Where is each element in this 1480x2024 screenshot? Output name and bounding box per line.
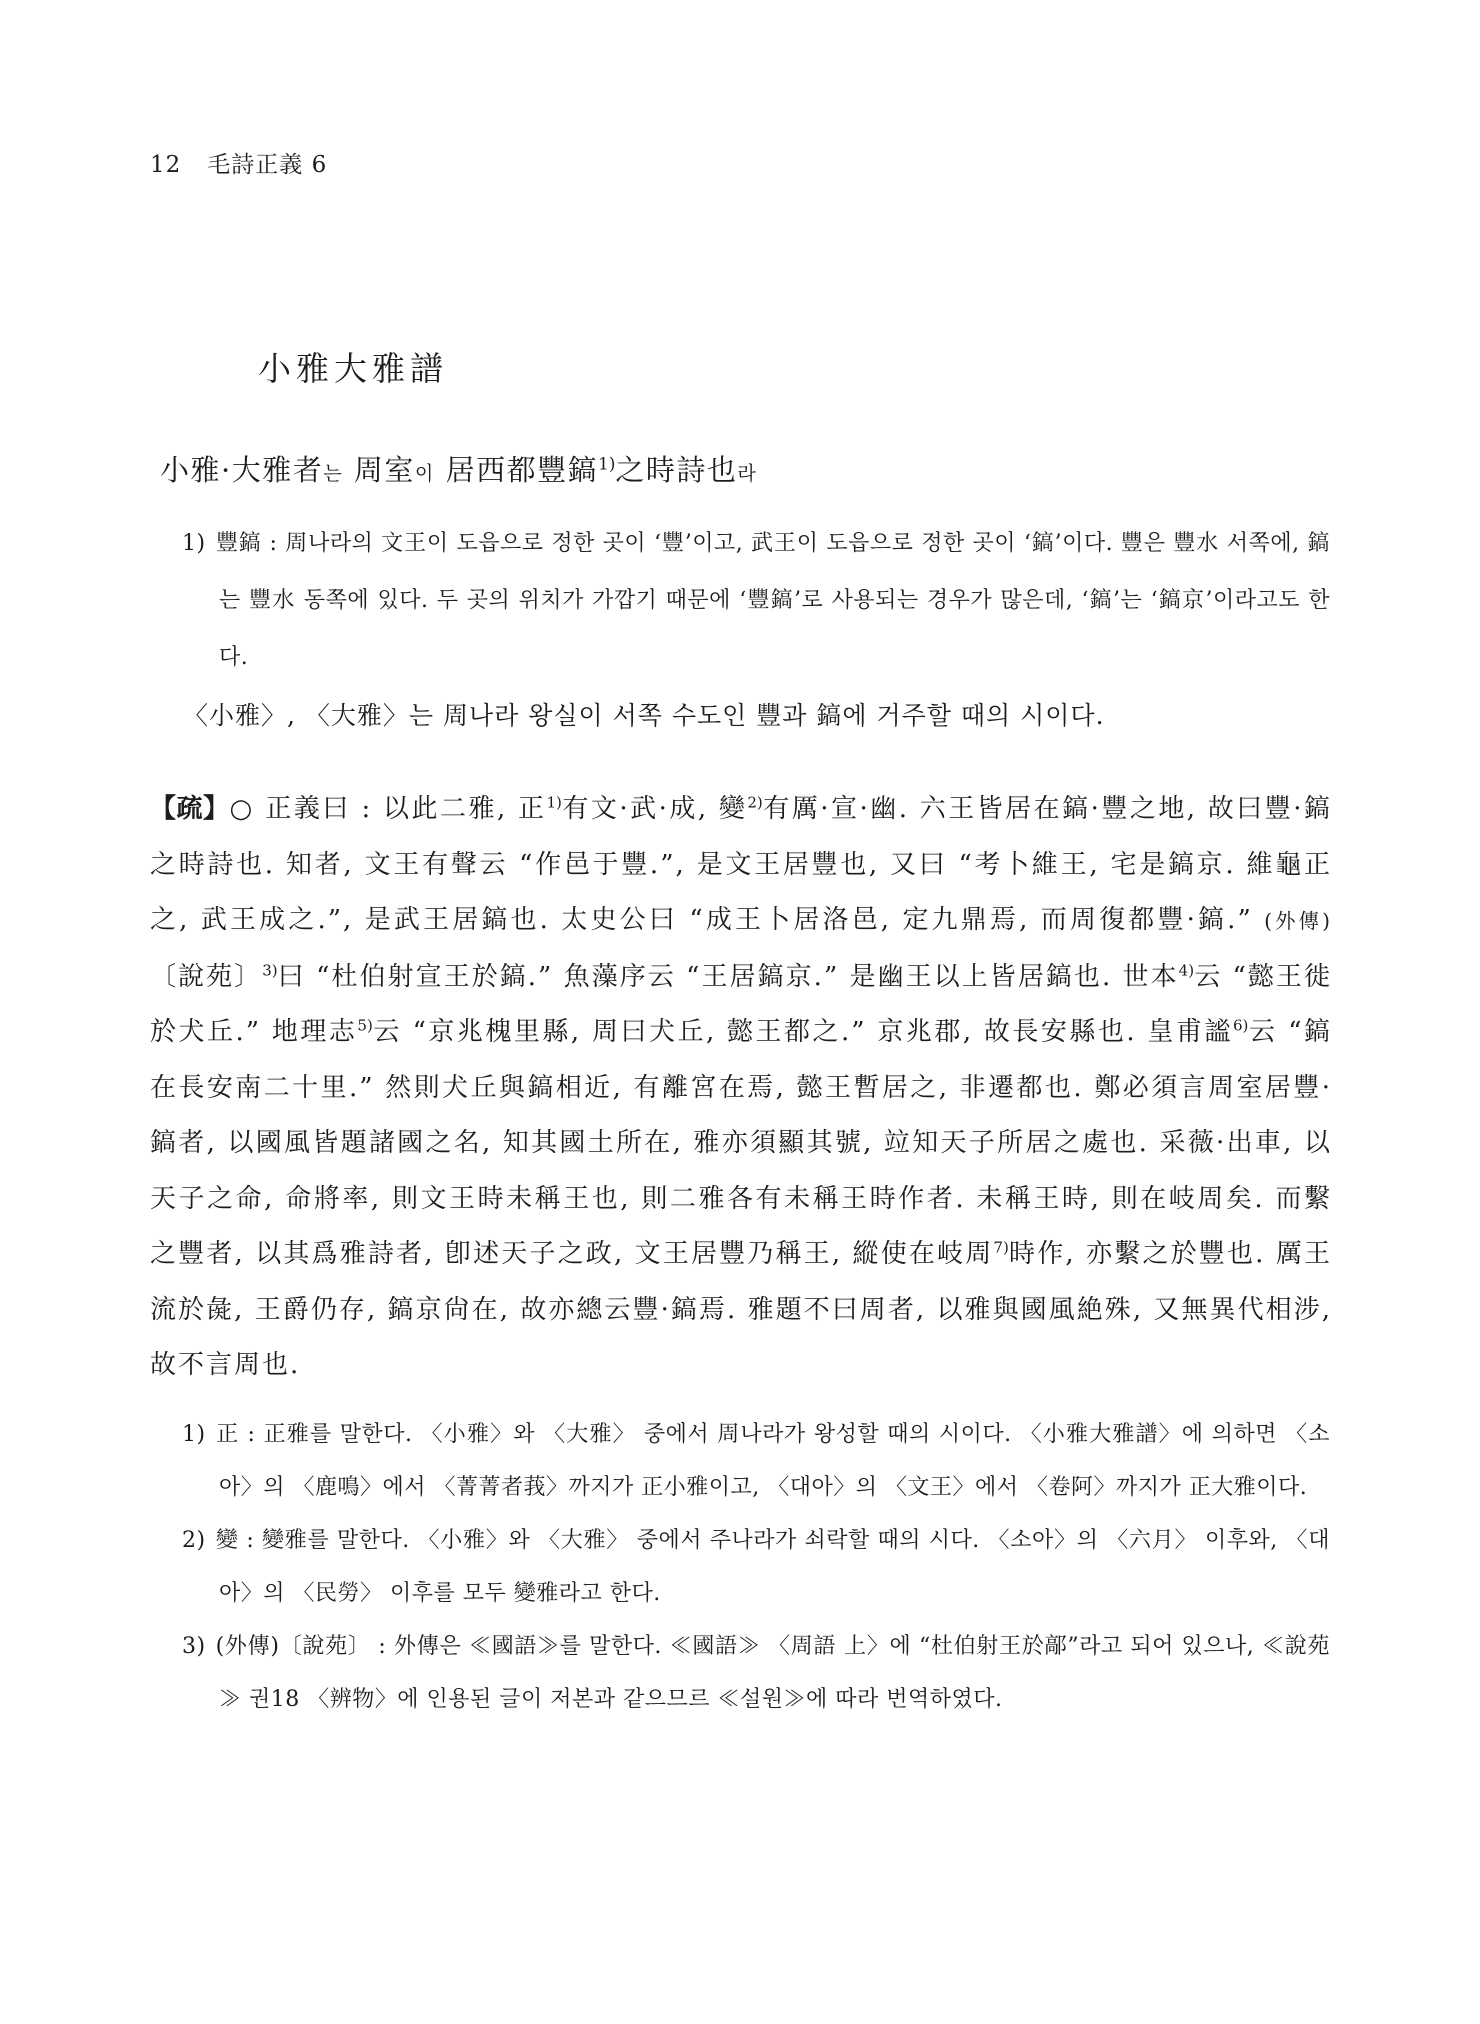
commentary-text: ○ 正義曰 : 以此二雅, 正1)有文·武·成, 變2)有厲·宣·幽. 六王皆居… xyxy=(150,794,1332,1380)
footnote-text: 豐鎬 : 周나라의 文王이 도읍으로 정한 곳이 ‘豐’이고, 武王이 도읍으로… xyxy=(216,531,1330,670)
footnote-item: 1)豐鎬 : 周나라의 文王이 도읍으로 정한 곳이 ‘豐’이고, 武王이 도읍… xyxy=(182,515,1330,686)
footnotes-section: 1)正 : 正雅를 말한다. 〈小雅〉와 〈大雅〉 중에서 周나라가 왕성할 때… xyxy=(182,1408,1330,1726)
page-number: 12 xyxy=(150,152,181,178)
document-page: 12毛詩正義 6 小雅大雅譜 小雅·大雅者는 周室이 居西都豐鎬1)之時詩也라 … xyxy=(0,0,1480,2024)
page-header: 12毛詩正義 6 xyxy=(150,146,1332,179)
footnote-text: (外傳)〔說苑〕 : 外傳은 ≪國語≫를 말한다. ≪國語≫ 〈周語 上〉에 “… xyxy=(216,1634,1330,1712)
footnote-marker: 3) xyxy=(182,1634,206,1659)
footnote-marker: 1) xyxy=(182,531,206,556)
main-sentence: 小雅·大雅者는 周室이 居西都豐鎬1)之時詩也라 xyxy=(160,448,1332,489)
footnote-text: 正 : 正雅를 말한다. 〈小雅〉와 〈大雅〉 중에서 周나라가 왕성할 때의 … xyxy=(216,1422,1330,1500)
footnote-marker: 2) xyxy=(182,1528,206,1553)
footnote-item: 1)正 : 正雅를 말한다. 〈小雅〉와 〈大雅〉 중에서 周나라가 왕성할 때… xyxy=(182,1408,1330,1514)
section-title: 小雅大雅譜 xyxy=(258,343,1332,390)
commentary-label: 【疏】 xyxy=(150,794,229,824)
top-footnote-block: 1)豐鎬 : 周나라의 文王이 도읍으로 정한 곳이 ‘豐’이고, 武王이 도읍… xyxy=(182,515,1330,686)
commentary-paragraph: 【疏】○ 正義曰 : 以此二雅, 正1)有文·武·成, 變2)有厲·宣·幽. 六… xyxy=(150,782,1332,1394)
translation-paragraph: 〈小雅〉, 〈大雅〉는 周나라 왕실이 서쪽 수도인 豐과 鎬에 거주할 때의 … xyxy=(183,696,1332,732)
footnote-marker: 1) xyxy=(182,1422,206,1447)
book-title: 毛詩正義 6 xyxy=(207,152,327,178)
footnote-item: 3)(外傳)〔說苑〕 : 外傳은 ≪國語≫를 말한다. ≪國語≫ 〈周語 上〉에… xyxy=(182,1620,1330,1726)
footnote-item: 2)變 : 變雅를 말한다. 〈小雅〉와 〈大雅〉 중에서 주나라가 쇠락할 때… xyxy=(182,1514,1330,1620)
footnote-text: 變 : 變雅를 말한다. 〈小雅〉와 〈大雅〉 중에서 주나라가 쇠락할 때의 … xyxy=(216,1528,1330,1606)
